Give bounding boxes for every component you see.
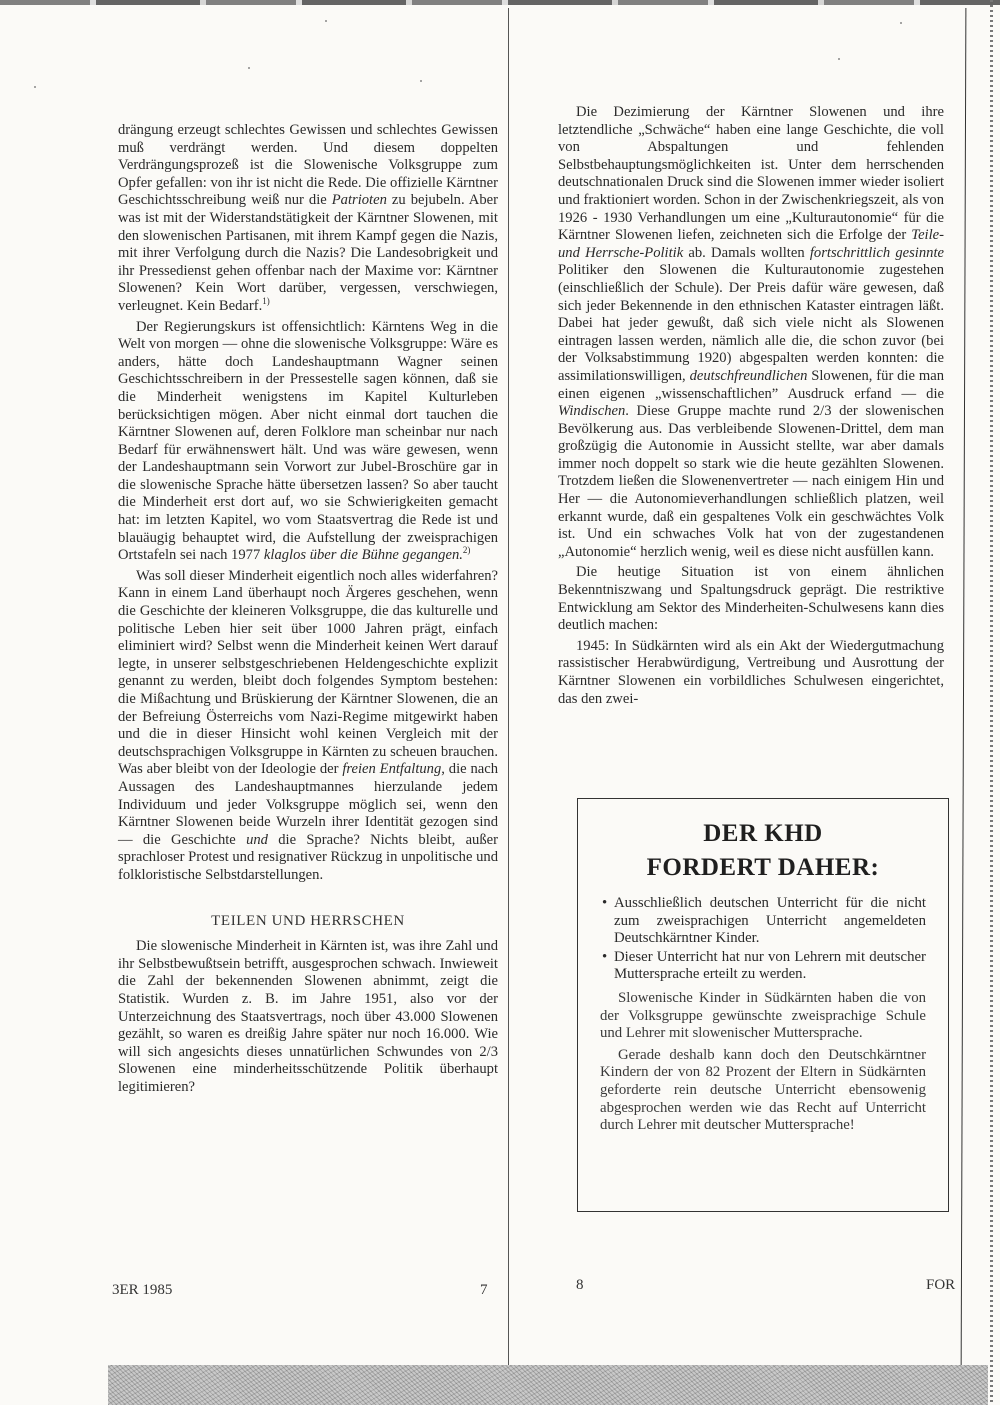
left-page-number: 7 — [480, 1282, 488, 1299]
paragraph: 1945: In Südkärnten wird als ein Akt der… — [558, 638, 944, 708]
right-page-number: 8 — [576, 1277, 584, 1294]
section-heading: TEILEN UND HERRSCHEN — [118, 913, 498, 931]
box-paragraph: Slowenische Kinder in Südkärnten haben d… — [600, 990, 926, 1043]
scan-speck — [325, 20, 327, 22]
emphasis-text: Windischen — [558, 403, 625, 419]
emphasis-text: fortschrittlich gesinnte — [810, 245, 944, 261]
box-title-line2: FORDERT DAHER: — [578, 851, 948, 885]
bullet-icon: • — [602, 895, 607, 913]
left-section-paragraphs: Die slowenische Minderheit in Kärnten is… — [118, 938, 498, 1096]
text-run: 1945: In Südkärnten wird als ein Akt der… — [558, 638, 944, 707]
text-run: Die Dezimierung der Kärntner Slowenen un… — [558, 104, 944, 243]
paragraph: drängung erzeugt schlechtes Gewissen und… — [118, 122, 498, 316]
page-gutter-divider — [508, 8, 509, 1368]
demands-list: • Ausschließlich deutschen Unterricht fü… — [600, 895, 926, 984]
demand-text: Ausschließlich deutschen Unterricht für … — [614, 895, 926, 946]
left-page-article: drängung erzeugt schlechtes Gewissen und… — [118, 122, 498, 1099]
paragraph: Die Dezimierung der Kärntner Slowenen un… — [558, 104, 944, 561]
left-paragraphs: drängung erzeugt schlechtes Gewissen und… — [118, 122, 498, 885]
scan-speck — [420, 80, 422, 82]
text-run: zu bejubeln. Aber was ist mit der Widers… — [118, 192, 498, 314]
scan-top-edge — [0, 0, 1000, 5]
paragraph: Was soll dieser Minderheit eigentlich no… — [118, 568, 498, 885]
scan-bottom-noise — [108, 1365, 988, 1405]
demand-item: • Ausschließlich deutschen Unterricht fü… — [600, 895, 926, 948]
paragraph: Die slowenische Minderheit in Kärnten is… — [118, 938, 498, 1096]
text-run: Die slowenische Minderheit in Kärnten is… — [118, 938, 498, 1095]
scan-speck — [838, 58, 840, 60]
text-run: Was soll dieser Minderheit eigentlich no… — [118, 568, 498, 778]
scan-speck — [248, 67, 250, 69]
emphasis-text: klaglos über die Bühne gegangen. — [264, 547, 463, 563]
box-paragraph: Gerade deshalb kann doch den Deutschkärn… — [600, 1047, 926, 1135]
emphasis-text: und — [246, 832, 268, 848]
emphasis-text: freien Entfaltung — [342, 761, 441, 777]
paragraph: Die heutige Situation ist von einem ähnl… — [558, 564, 944, 634]
right-paragraphs: Die Dezimierung der Kärntner Slowenen un… — [558, 104, 944, 708]
scan-perforation-edge — [990, 0, 993, 1405]
demand-item: • Dieser Unterricht hat nur von Lehrern … — [600, 949, 926, 984]
paragraph: Der Regierungskurs ist offensichtlich: K… — [118, 319, 498, 565]
scan-speck — [34, 86, 36, 88]
right-page-article: Die Dezimierung der Kärntner Slowenen un… — [558, 104, 944, 711]
box-title-line1: DER KHD — [578, 817, 948, 851]
text-run: Die heutige Situation ist von einem ähnl… — [558, 564, 944, 633]
page-right-edge — [961, 8, 967, 1378]
footnote-marker: 2) — [463, 545, 471, 555]
emphasis-text: Patrioten — [332, 192, 387, 208]
demand-text: Dieser Unterricht hat nur von Lehrern mi… — [614, 949, 926, 983]
bullet-icon: • — [602, 949, 607, 967]
text-run: Politiker den Slowenen die Kulturautonom… — [558, 262, 944, 384]
text-run: . Diese Gruppe machte rund 2/3 der slowe… — [558, 403, 944, 560]
left-footer-issue: 3ER 1985 — [112, 1282, 172, 1299]
right-footer-issue: FOR — [926, 1277, 955, 1294]
emphasis-text: deutschfreundlichen — [690, 368, 808, 384]
box-body: • Ausschließlich deutschen Unterricht fü… — [578, 885, 948, 1135]
text-run: Der Regierungskurs ist offensichtlich: K… — [118, 319, 498, 564]
text-run: ab. Damals wollten — [683, 245, 810, 261]
scan-speck — [900, 22, 902, 24]
khd-demands-box: DER KHD FORDERT DAHER: • Ausschließlich … — [577, 798, 949, 1212]
footnote-marker: 1) — [262, 296, 270, 306]
